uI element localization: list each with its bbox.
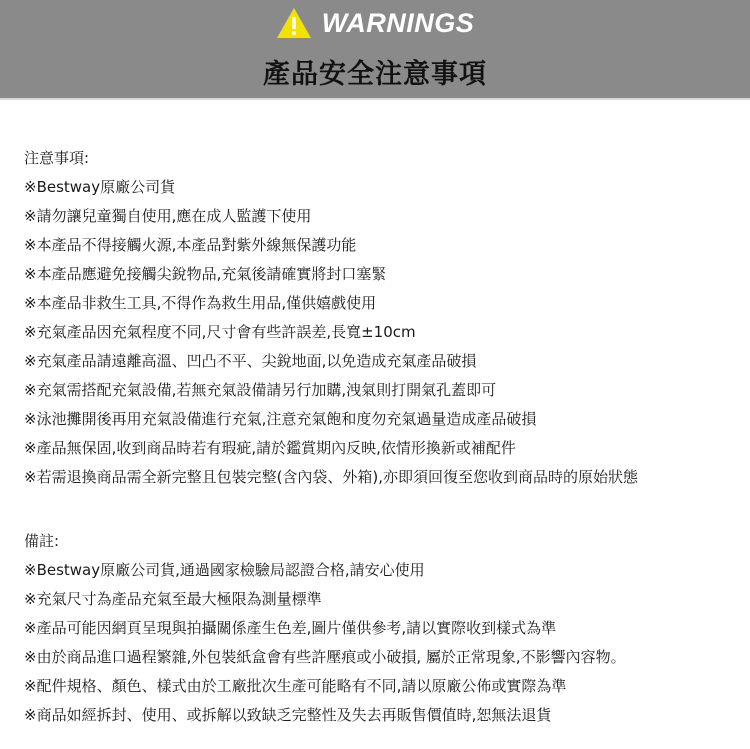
notice-item: ※Bestway原廠公司貨	[24, 173, 744, 202]
notice-item: ※本產品不得接觸火源,本產品對紫外線無保護功能	[24, 231, 744, 260]
warning-triangle-icon	[276, 7, 312, 39]
notice-item: ※本產品非救生工具,不得作為救生用品,僅供嬉戲使用	[24, 289, 744, 318]
document-body: 注意事項: ※Bestway原廠公司貨 ※請勿讓兒童獨自使用,應在成人監護下使用…	[24, 144, 744, 730]
remark-item: ※Bestway原廠公司貨,通過國家檢驗局認證合格,請安心使用	[24, 556, 744, 585]
notice-item: ※泳池攤開後再用充氣設備進行充氣,注意充氣飽和度勿充氣過量造成產品破損	[24, 405, 744, 434]
remark-item: ※由於商品進口過程繁雜,外包裝紙盒會有些許壓痕或小破損, 屬於正常現象,不影響內…	[24, 643, 744, 672]
warnings-title: WARNINGS	[322, 8, 475, 39]
remark-item: ※配件規格、顏色、樣式由於工廠批次生產可能略有不同,請以原廠公佈或實際為準	[24, 672, 744, 701]
notice-item: ※若需退換商品需全新完整且包裝完整(含內袋、外箱),亦即須回復至您收到商品時的原…	[24, 463, 744, 492]
notice-item: ※產品無保固,收到商品時若有瑕疵,請於鑑賞期內反映,依情形換新或補配件	[24, 434, 744, 463]
warnings-header: WARNINGS 產品安全注意事項	[0, 0, 750, 100]
notice-item: ※充氣需搭配充氣設備,若無充氣設備請另行加購,洩氣則打開氣孔蓋即可	[24, 376, 744, 405]
notice-item: ※本產品應避免接觸尖銳物品,充氣後請確實將封口塞緊	[24, 260, 744, 289]
remark-item: ※產品可能因網頁呈現與拍攝關係產生色差,圖片僅供參考,請以實際收到樣式為準	[24, 614, 744, 643]
warnings-title-row: WARNINGS	[0, 7, 750, 39]
notice-item: ※請勿讓兒童獨自使用,應在成人監護下使用	[24, 202, 744, 231]
remark-item: ※商品如經拆封、使用、或拆解以致缺乏完整性及失去再販售價值時,恕無法退貨	[24, 701, 744, 730]
section-spacer	[24, 492, 744, 527]
notice-item: ※充氣產品因充氣程度不同,尺寸會有些許誤差,長寬±10cm	[24, 318, 744, 347]
remark-item: ※充氣尺寸為產品充氣至最大極限為測量標準	[24, 585, 744, 614]
safety-notice-heading: 產品安全注意事項	[0, 52, 750, 91]
notice-item: ※充氣產品請遠離高溫、凹凸不平、尖銳地面,以免造成充氣產品破損	[24, 347, 744, 376]
remarks-title: 備註:	[24, 527, 744, 556]
notices-title: 注意事項:	[24, 144, 744, 173]
